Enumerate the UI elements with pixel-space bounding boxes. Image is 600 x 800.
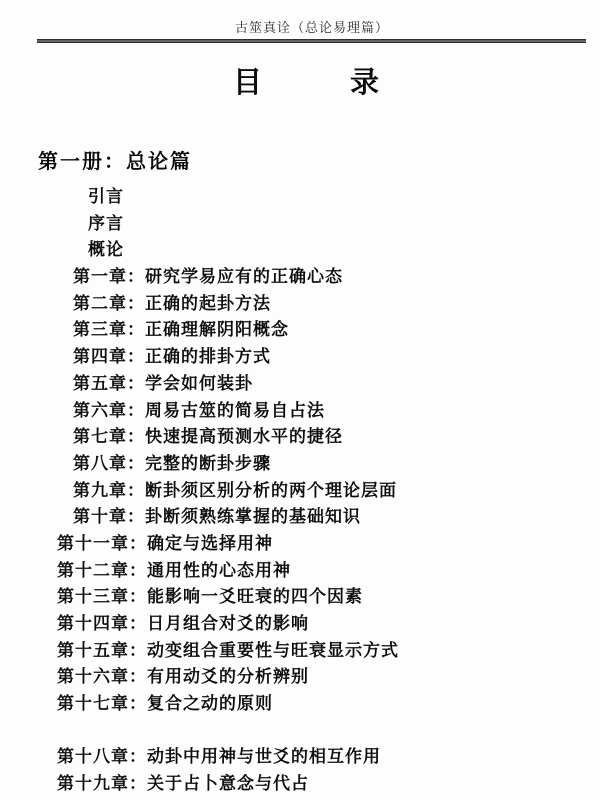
toc-entry: 第十章：卦断须熟练掌握的基础知识	[0, 504, 600, 531]
volume-heading: 第一册：总论篇	[38, 145, 192, 174]
toc-title-char-second: 录	[350, 60, 379, 101]
toc-entry: 引言	[0, 184, 600, 211]
document-page: 古筮真诠（总论易理篇） 目 录 第一册：总论篇 引言序言概论第一章：研究学易应有…	[0, 0, 600, 800]
toc-entry: 第六章：周易古筮的简易自占法	[0, 398, 600, 425]
toc-entry: 第十七章：复合之动的原则	[0, 691, 600, 718]
header-double-rule	[37, 39, 586, 43]
toc-entry: 概论	[0, 237, 600, 264]
toc-entry: 第十五章：动变组合重要性与旺衰显示方式	[0, 638, 600, 665]
toc-entry: 第八章：完整的断卦步骤	[0, 451, 600, 478]
toc-entry: 第十八章：动卦中用神与世爻的相互作用	[0, 744, 600, 771]
toc-entry: 第十六章：有用动爻的分析辨别	[0, 664, 600, 691]
toc-entry: 第十三章：能影响一爻旺衰的四个因素	[0, 584, 600, 611]
toc-entry: 第七章：快速提高预测水平的捷径	[0, 424, 600, 451]
toc-entry: 第二章：正确的起卦方法	[0, 291, 600, 318]
toc-gap	[0, 718, 600, 745]
toc-list: 引言序言概论第一章：研究学易应有的正确心态第二章：正确的起卦方法第三章：正确理解…	[0, 184, 600, 798]
toc-entry: 第十九章：关于占卜意念与代占	[0, 771, 600, 798]
toc-entry: 第十一章：确定与选择用神	[0, 531, 600, 558]
toc-entry: 序言	[0, 211, 600, 238]
toc-entry: 第四章：正确的排卦方式	[0, 344, 600, 371]
toc-title: 目 录	[0, 60, 600, 101]
running-header-title: 古筮真诠（总论易理篇）	[38, 17, 586, 36]
toc-entry: 第五章：学会如何装卦	[0, 371, 600, 398]
toc-entry: 第十四章：日月组合对爻的影响	[0, 611, 600, 638]
toc-title-char-first: 目	[233, 60, 262, 101]
toc-entry: 第九章：断卦须区别分析的两个理论层面	[0, 478, 600, 505]
toc-entry: 第十二章：通用性的心态用神	[0, 558, 600, 585]
toc-entry: 第三章：正确理解阴阳概念	[0, 317, 600, 344]
toc-entry: 第一章：研究学易应有的正确心态	[0, 264, 600, 291]
